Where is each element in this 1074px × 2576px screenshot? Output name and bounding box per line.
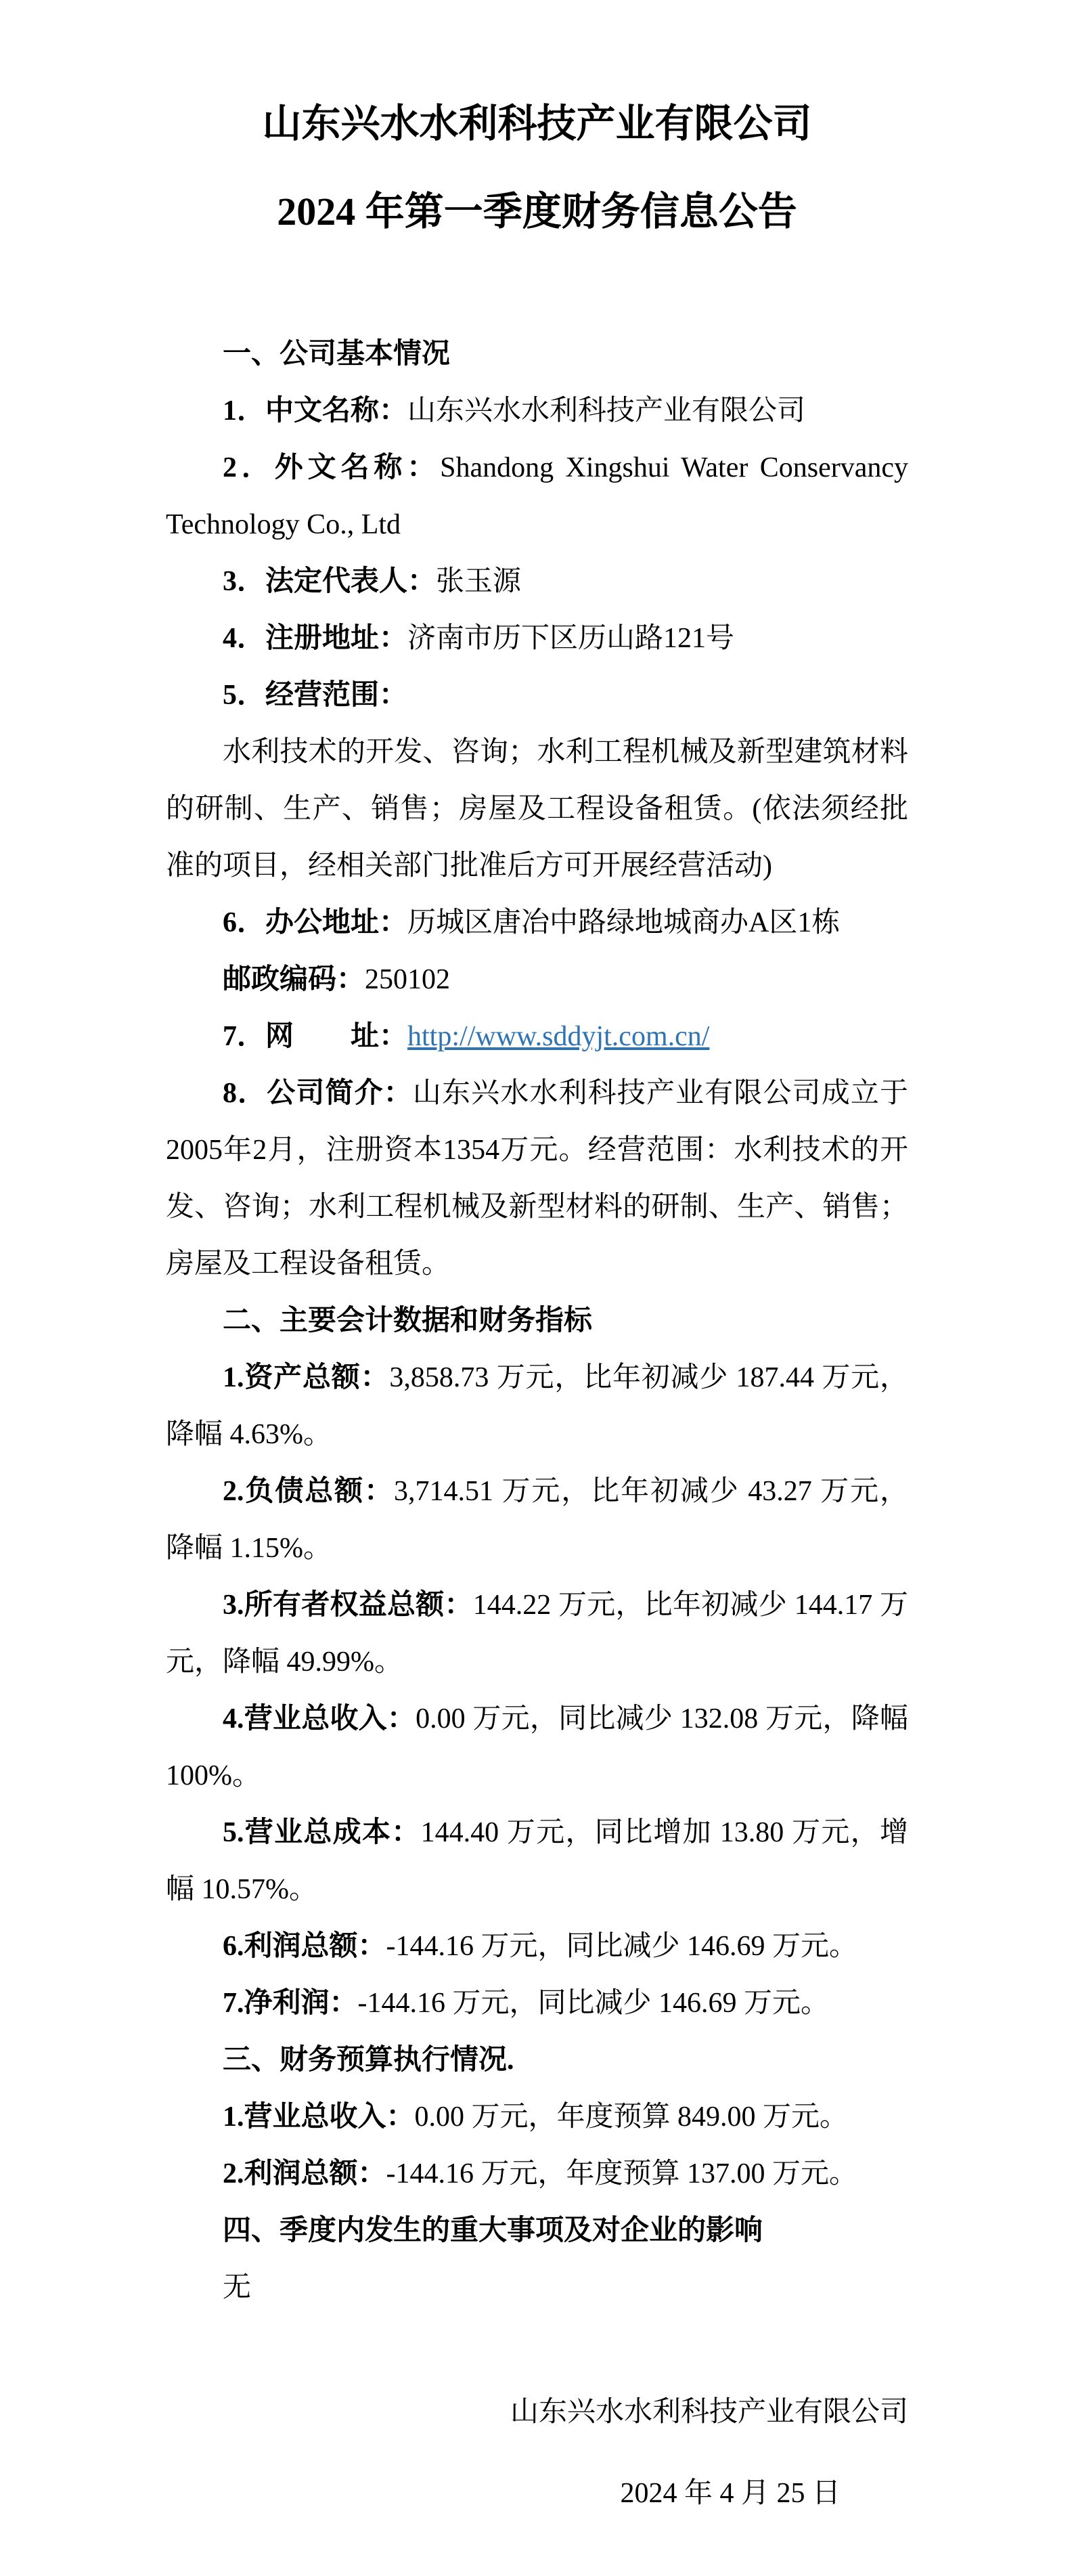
- section-2-heading: 二、主要会计数据和财务指标: [166, 1292, 908, 1349]
- item-label: 4.营业总收入：: [223, 1703, 416, 1734]
- document-page: 山东兴水水利科技产业有限公司 2024 年第一季度财务信息公告 一、公司基本情况…: [0, 0, 1074, 2576]
- section-1-heading: 一、公司基本情况: [166, 326, 908, 383]
- budget-item-revenue: 1.营业总收入：0.00 万元，年度预算 849.00 万元。: [166, 2089, 908, 2145]
- item-label: 1.资产总额：: [223, 1362, 389, 1393]
- item-registered-address: 4．注册地址：济南市历下区历山路121号: [166, 610, 908, 667]
- section-3-heading: 三、财务预算执行情况.: [166, 2032, 908, 2089]
- item-label: 5.营业总成本：: [223, 1817, 421, 1848]
- website-link[interactable]: http://www.sddyjt.com.cn/: [407, 1021, 709, 1052]
- page-subtitle: 2024 年第一季度财务信息公告: [166, 168, 908, 256]
- item-website: 7．网 址：http://www.sddyjt.com.cn/: [166, 1008, 908, 1065]
- item-value: 0.00 万元，年度预算 849.00 万元。: [415, 2101, 849, 2133]
- item-value: -144.16 万元，同比减少 146.69 万元。: [386, 1931, 858, 1962]
- item-label: 1．中文名称：: [223, 395, 407, 427]
- item-label: 5．经营范围：: [223, 680, 407, 711]
- item-label: 2.利润总额：: [223, 2158, 386, 2189]
- fin-item-owners-equity: 3.所有者权益总额：144.22 万元，比年初减少 144.17 万元，降幅 4…: [166, 1577, 908, 1690]
- page-title: 山东兴水水利科技产业有限公司: [166, 80, 908, 168]
- business-scope-text: 水利技术的开发、咨询；水利工程机械及新型建筑材料的研制、生产、销售；房屋及工程设…: [166, 724, 908, 894]
- fin-item-net-profit: 7.净利润：-144.16 万元，同比减少 146.69 万元。: [166, 1975, 908, 2032]
- item-label: 2.负债总额：: [223, 1476, 394, 1507]
- item-label: 3.所有者权益总额：: [223, 1590, 473, 1621]
- item-company-profile: 8．公司简介：山东兴水水利科技产业有限公司成立于2005年2月，注册资本1354…: [166, 1065, 908, 1292]
- item-label: 6.利润总额：: [223, 1931, 386, 1962]
- item-legal-representative: 3．法定代表人：张玉源: [166, 553, 908, 610]
- document-body: 一、公司基本情况 1．中文名称：山东兴水水利科技产业有限公司 2．外文名称：Sh…: [166, 326, 908, 2316]
- budget-item-profit: 2.利润总额：-144.16 万元，年度预算 137.00 万元。: [166, 2145, 908, 2202]
- item-label: 7.净利润：: [223, 1988, 358, 2019]
- section-4-heading: 四、季度内发生的重大事项及对企业的影响: [166, 2202, 908, 2259]
- item-postal-code: 邮政编码：250102: [166, 951, 908, 1008]
- item-label: 邮政编码：: [223, 964, 365, 995]
- item-value: 历城区唐冶中路绿地城商办A区1栋: [407, 907, 840, 938]
- item-value: 济南市历下区历山路121号: [407, 623, 734, 654]
- item-office-address: 6．办公地址：历城区唐冶中路绿地城商办A区1栋: [166, 894, 908, 951]
- fin-item-total-assets: 1.资产总额：3,858.73 万元，比年初减少 187.44 万元，降幅 4.…: [166, 1349, 908, 1463]
- item-value: 250102: [365, 964, 450, 995]
- item-label: 4．注册地址：: [223, 623, 407, 654]
- item-value: 张玉源: [436, 566, 521, 597]
- signature-date: 2024 年 4 月 25 日: [166, 2465, 908, 2522]
- item-value: -144.16 万元，同比减少 146.69 万元。: [358, 1988, 830, 2019]
- item-business-scope: 5．经营范围：: [166, 667, 908, 724]
- item-value: 山东兴水水利科技产业有限公司: [407, 395, 805, 427]
- fin-item-total-liabilities: 2.负债总额：3,714.51 万元，比年初减少 43.27 万元，降幅 1.1…: [166, 1463, 908, 1577]
- fin-item-total-cost: 5.营业总成本：144.40 万元，同比增加 13.80 万元，增幅 10.57…: [166, 1804, 908, 1918]
- item-label: 6．办公地址：: [223, 907, 407, 938]
- fin-item-total-profit: 6.利润总额：-144.16 万元，同比减少 146.69 万元。: [166, 1918, 908, 1975]
- item-label: 3．法定代表人：: [223, 566, 436, 597]
- section-4-content: 无: [166, 2259, 908, 2316]
- item-value: -144.16 万元，年度预算 137.00 万元。: [386, 2158, 858, 2189]
- document-footer: 山东兴水水利科技产业有限公司 2024 年 4 月 25 日: [166, 2384, 908, 2522]
- item-label: 7．网 址：: [223, 1021, 407, 1052]
- item-chinese-name: 1．中文名称：山东兴水水利科技产业有限公司: [166, 383, 908, 439]
- item-label: 8．公司简介：: [223, 1078, 413, 1109]
- item-label: 1.营业总收入：: [223, 2101, 415, 2133]
- item-english-name: 2．外文名称：Shandong Xingshui Water Conservan…: [166, 439, 908, 553]
- fin-item-total-revenue: 4.营业总收入：0.00 万元，同比减少 132.08 万元，降幅 100%。: [166, 1690, 908, 1804]
- signature-company-name: 山东兴水水利科技产业有限公司: [166, 2384, 908, 2441]
- item-label: 2．外文名称：: [223, 452, 440, 483]
